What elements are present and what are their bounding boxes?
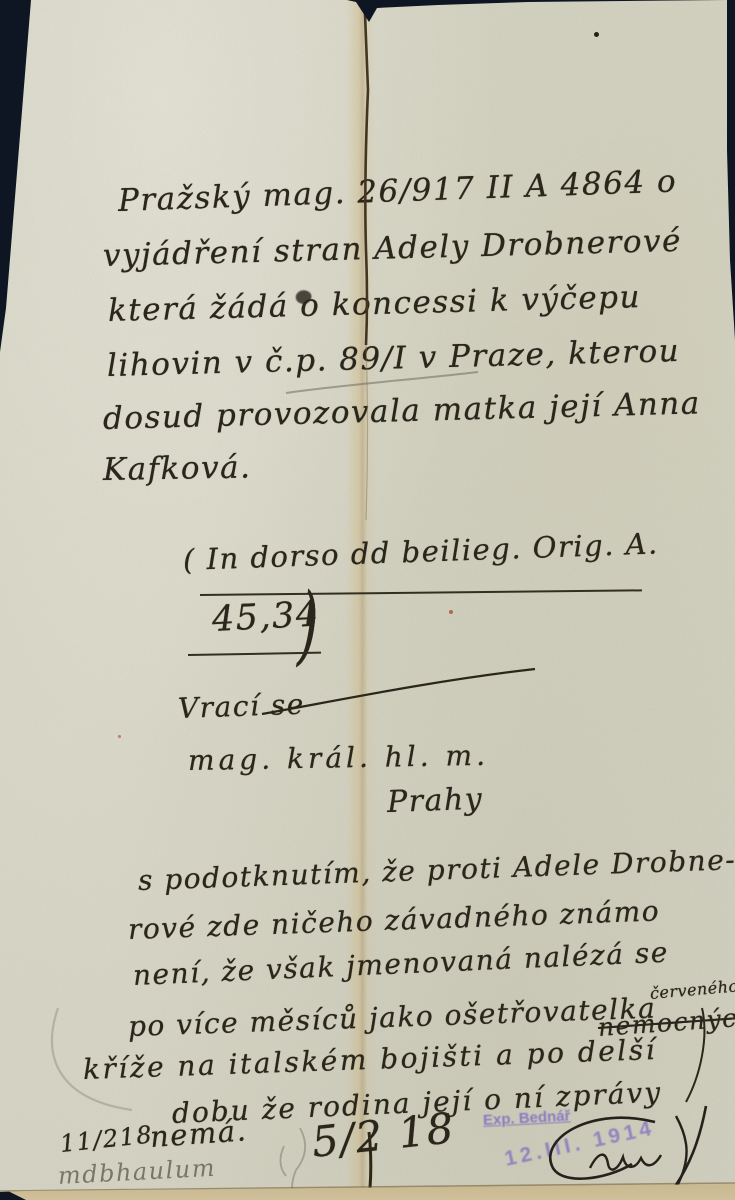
handwritten-line: Kafková.	[103, 449, 252, 488]
handwritten-line: není, že však jmenovaná nalézá se	[132, 936, 669, 992]
handwritten-line: lihovin v č.p. 89/I v Praze, kterou	[107, 333, 681, 384]
handwritten-line: rové zde ničeho závadného známo	[127, 894, 660, 946]
file-number: 11/218	[59, 1120, 155, 1158]
handwritten-line: mag. král. hl. m.	[188, 739, 490, 777]
dark-speck	[594, 32, 599, 37]
handwritten-line: která žádá o koncessi k výčepu	[108, 279, 642, 329]
handwritten-word: nemá.	[149, 1113, 248, 1154]
paper-sheet: Pražský mag. 26/917 II A 4864 o vyjádřen…	[0, 0, 735, 1200]
handwritten-line: Pražský mag. 26/917 II A 4864 o	[117, 163, 677, 219]
ink-underline	[200, 589, 642, 596]
handwritten-line: ( In dorso dd beilieg. Orig. A.	[182, 526, 659, 577]
handwritten-line: s podotknutím, že proti Adele Drobne-	[137, 843, 735, 897]
red-speck	[449, 610, 453, 614]
handwritten-line: Prahy	[386, 782, 483, 820]
handwritten-line: vyjádření stran Adely Drobnerové	[103, 223, 683, 274]
pencil-note: mdbhaulum	[57, 1154, 216, 1190]
inserted-word: červeného	[649, 976, 735, 1003]
expedit-stamp: Exp. Bednář	[483, 1107, 571, 1129]
scanned-document: Pražský mag. 26/917 II A 4864 o vyjádřen…	[0, 0, 735, 1200]
handwritten-line: dosud provozovala matka její Anna	[103, 385, 702, 437]
closing-paren: )	[297, 572, 322, 678]
handwritten-line: Vrací se	[177, 688, 305, 725]
red-speck	[118, 735, 121, 738]
